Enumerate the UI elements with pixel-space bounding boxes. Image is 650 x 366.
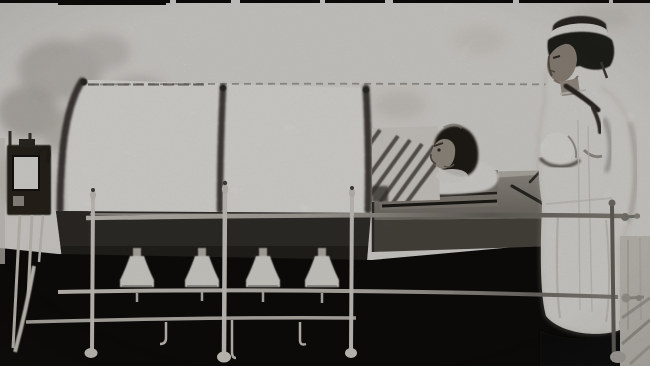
photo-canvas [0,0,650,366]
newsprint-photo [0,0,650,366]
vignette [0,0,650,366]
